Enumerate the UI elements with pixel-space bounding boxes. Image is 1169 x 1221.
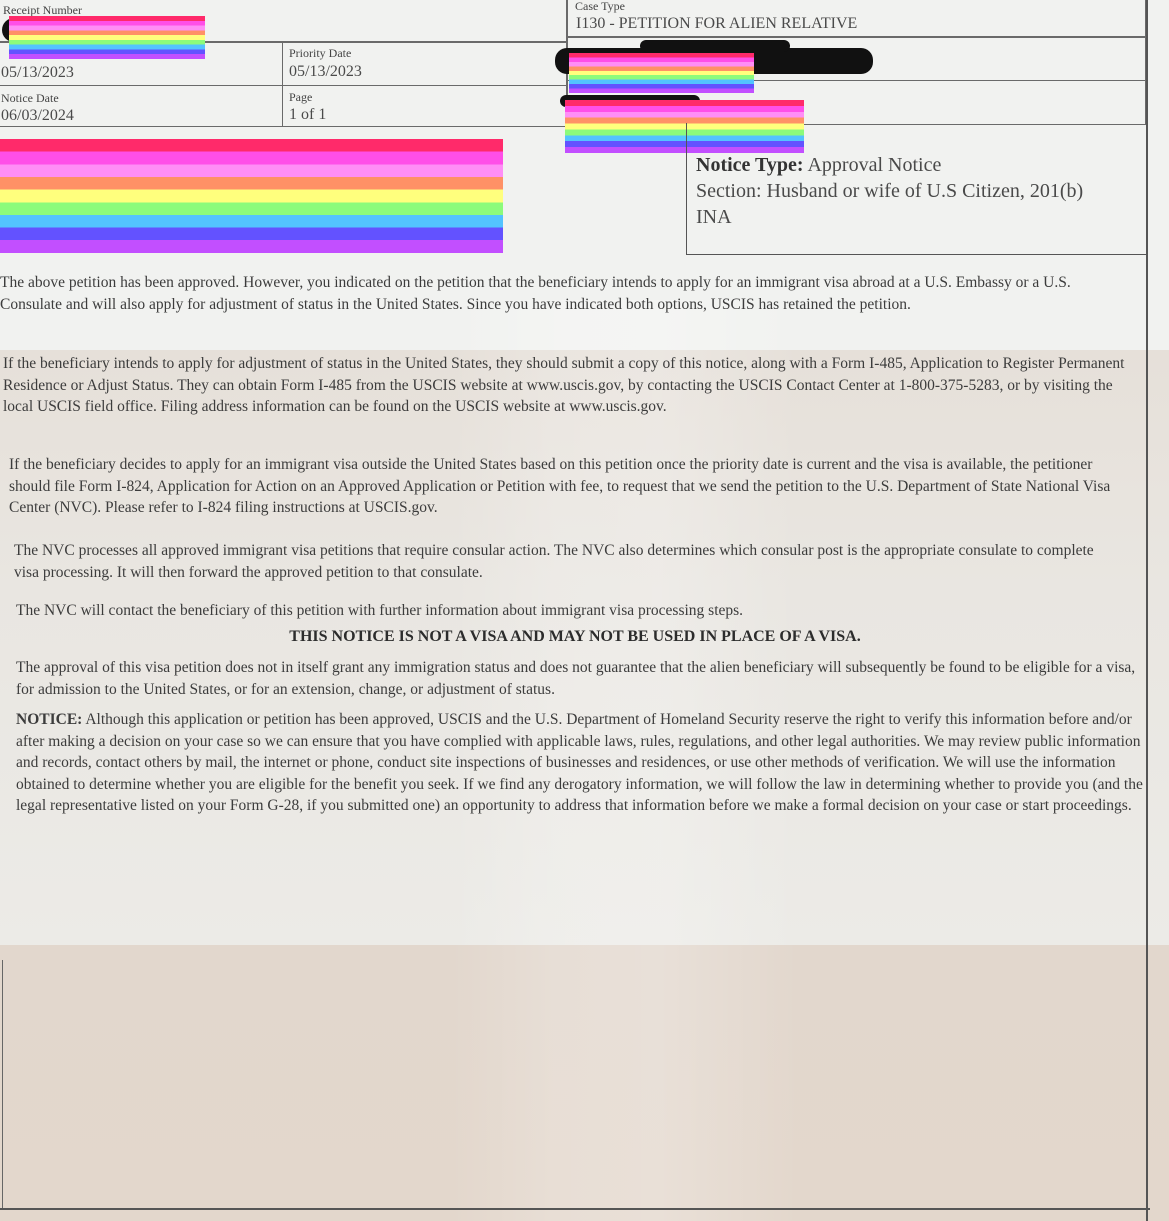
paragraph-notice-verification: NOTICE: Although this application or pet… (16, 709, 1146, 817)
paragraph-nvc-processes: The NVC processes all approved immigrant… (14, 540, 1104, 583)
redaction-scribble-petitioner-2 (640, 40, 790, 52)
redaction-petitioner (569, 53, 754, 93)
received-date-value: 05/13/2023 (1, 64, 74, 82)
paragraph-adjustment-of-status: If the beneficiary intends to apply for … (3, 353, 1128, 418)
paragraph-approval: The above petition has been approved. Ho… (0, 272, 1125, 315)
notice-type-value: Approval Notice (807, 154, 941, 176)
notice-date-label: Notice Date (1, 91, 59, 106)
paragraph-approval-disclaimer: The approval of this visa petition does … (16, 657, 1141, 700)
notice-type-label: Notice Type: (696, 154, 804, 176)
notice-section: Section: Husband or wife of U.S Citizen,… (696, 178, 1083, 204)
case-type-label: Case Type (575, 0, 625, 14)
redaction-receipt-number (9, 16, 205, 59)
paragraph-nvc-contact: The NVC will contact the beneficiary of … (16, 600, 1106, 622)
notice-section-ina: INA (696, 204, 1083, 230)
priority-date-value: 05/13/2023 (289, 63, 362, 81)
form-border-right (1146, 0, 1148, 1221)
page-label: Page (289, 90, 312, 105)
redaction-address-block (0, 139, 503, 253)
page-value: 1 of 1 (289, 106, 326, 124)
paragraph-immigrant-visa: If the beneficiary decides to apply for … (9, 454, 1134, 519)
not-a-visa-heading: THIS NOTICE IS NOT A VISA AND MAY NOT BE… (0, 628, 1150, 646)
priority-date-label: Priority Date (289, 46, 351, 61)
case-type-value: I130 - PETITION FOR ALIEN RELATIVE (576, 15, 857, 33)
form-border-left (2, 960, 3, 1210)
notice-type-block: Notice Type: Approval Notice Section: Hu… (696, 152, 1083, 230)
notice-date-value: 06/03/2024 (1, 107, 74, 125)
form-border-bottom (0, 1208, 1150, 1210)
notice-label: NOTICE: (16, 711, 82, 728)
notice-verification-text: Although this application or petition ha… (16, 711, 1143, 814)
